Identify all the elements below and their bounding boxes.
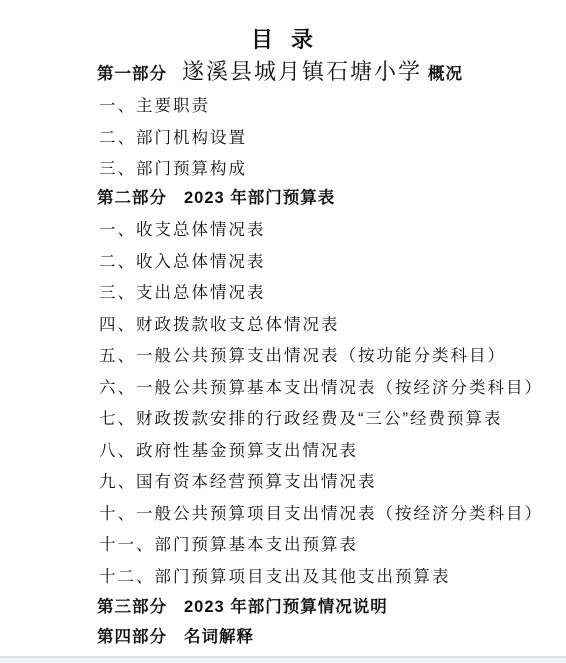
toc-item: 二、收入总体情况表 xyxy=(99,254,266,271)
toc-item: 四、财政拨款收支总体情况表 xyxy=(99,317,340,334)
part-1-label: 第一部分 xyxy=(97,65,167,83)
page-bottom-edge xyxy=(0,656,566,663)
part-2-title: 2023 年部门预算表 xyxy=(184,189,335,207)
toc-item: 二、部门机构设置 xyxy=(99,130,247,147)
part-3-heading: 第三部分2023 年部门预算情况说明 xyxy=(97,599,388,616)
toc-item: 十二、部门预算项目支出及其他支出预算表 xyxy=(99,569,451,586)
part-4-title: 名词解释 xyxy=(184,628,254,646)
toc-item: 十一、部门预算基本支出预算表 xyxy=(99,537,358,554)
toc-item: 九、国有资本经营预算支出情况表 xyxy=(99,474,377,491)
part-2-label: 第二部分 xyxy=(97,189,167,207)
part-1-title: 概况 xyxy=(428,65,463,83)
part-2-heading: 第二部分2023 年部门预算表 xyxy=(97,190,335,207)
part-4-label: 第四部分 xyxy=(97,628,167,646)
part-1-heading: 第一部分遂溪县城月镇石塘小学概况 xyxy=(97,61,463,83)
part-3-label: 第三部分 xyxy=(97,598,167,616)
toc-item: 十、一般公共预算项目支出情况表（按经济分类科目） xyxy=(99,506,543,523)
toc-item: 五、一般公共预算支出情况表（按功能分类科目） xyxy=(99,348,506,365)
toc-item: 八、政府性基金预算支出情况表 xyxy=(99,443,358,460)
part-3-title: 2023 年部门预算情况说明 xyxy=(184,598,388,616)
organization-name: 遂溪县城月镇石塘小学 xyxy=(182,59,422,84)
toc-item: 六、一般公共预算基本支出情况表（按经济分类科目） xyxy=(99,380,543,397)
toc-item: 三、支出总体情况表 xyxy=(99,285,266,302)
toc-item: 三、部门预算构成 xyxy=(99,161,247,178)
toc-item: 一、收支总体情况表 xyxy=(99,222,266,239)
toc-title: 目 录 xyxy=(0,29,566,51)
document-page: 目 录 第一部分遂溪县城月镇石塘小学概况 一、主要职责 二、部门机构设置 三、部… xyxy=(0,0,566,663)
part-4-heading: 第四部分名词解释 xyxy=(97,629,254,646)
toc-item: 七、财政拨款安排的行政经费及“三公”经费预算表 xyxy=(99,411,503,428)
toc-item: 一、主要职责 xyxy=(99,98,210,115)
